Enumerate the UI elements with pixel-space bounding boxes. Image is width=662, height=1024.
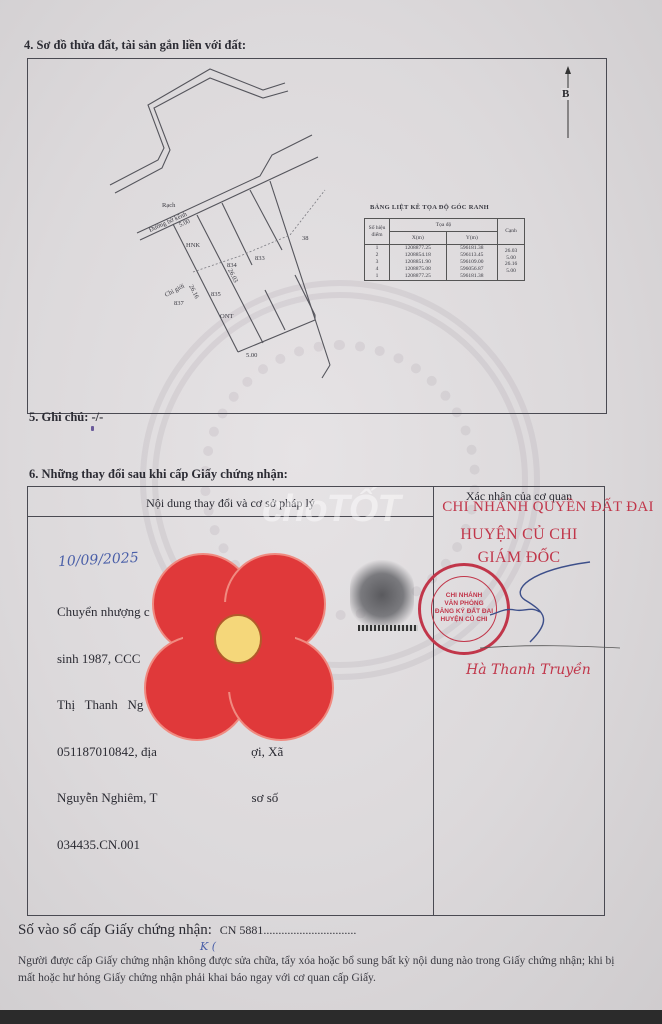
coord-header-coords: Tọa độ	[390, 219, 498, 232]
footer-notice: Người được cấp Giấy chứng nhận không đượ…	[18, 953, 618, 987]
stamp-line1: CHI NHÁNH QUYỀN ĐẤT ĐAI	[428, 499, 662, 516]
red-flower-sticker	[143, 552, 335, 744]
section4-heading: 4. Sơ đồ thửa đất, tài sản gắn liền với …	[24, 38, 246, 53]
coord-table-title: BẢNG LIỆT KÊ TỌA ĐỘ GÓC RANH	[370, 204, 489, 211]
bottom-bar	[0, 1010, 662, 1024]
coord-row: 1 1208877.25 596181.38 26.03 5.00 26.16 …	[365, 245, 525, 253]
coord-header-edge: Cạnh	[498, 219, 525, 245]
map-label-parcel-38: 38	[302, 235, 309, 242]
map-label-hnk: HNK	[186, 242, 200, 249]
coord-table: Số hiệu điểm Tọa độ Cạnh X(m) Y(m) 1 120…	[364, 218, 525, 281]
section5-heading: 5. Ghi chú: -/-	[29, 410, 103, 425]
stamp-line2: HUYỆN CỦ CHI	[434, 526, 604, 544]
chotot-watermark: choTỐT	[262, 488, 400, 531]
map-label-boundary: Chỉ giới	[164, 282, 186, 298]
coord-header-x: X(m)	[390, 232, 447, 245]
signature	[470, 560, 620, 650]
map-edge-bottom: 5.00	[246, 352, 257, 359]
registry-value: CN 5881	[220, 923, 264, 937]
ink-mark	[91, 426, 94, 431]
registry-label: Số vào sổ cấp Giấy chứng nhận:	[18, 922, 212, 938]
map-label-parcel-833: 833	[255, 255, 265, 262]
qr-code-blurred	[350, 560, 414, 630]
coord-header-point: Số hiệu điểm	[365, 219, 390, 245]
handwritten-initials: K (	[200, 940, 216, 953]
map-label-canal: Rạch	[162, 202, 176, 209]
qr-code-fragment	[358, 625, 418, 631]
map-edge-left: 26.16	[187, 284, 200, 301]
map-label-ont: ONT	[220, 313, 233, 320]
parcel-map: Rạch Đường bờ kênh HNK ONT Chỉ giới 833 …	[100, 60, 350, 390]
north-label: B	[561, 88, 570, 100]
map-label-parcel-835: 835	[211, 291, 221, 298]
registry-line: Số vào sổ cấp Giấy chứng nhận: CN 5881..…	[18, 922, 356, 939]
section6-heading: 6. Những thay đổi sau khi cấp Giấy chứng…	[29, 467, 288, 482]
coord-header-y: Y(m)	[446, 232, 497, 245]
north-arrow-icon	[562, 66, 574, 138]
signer-name: Hà Thanh Truyền	[466, 662, 591, 678]
map-label-parcel-837: 837	[174, 300, 185, 307]
certificate-page: 4. Sơ đồ thửa đất, tài sản gắn liền với …	[0, 0, 662, 1010]
